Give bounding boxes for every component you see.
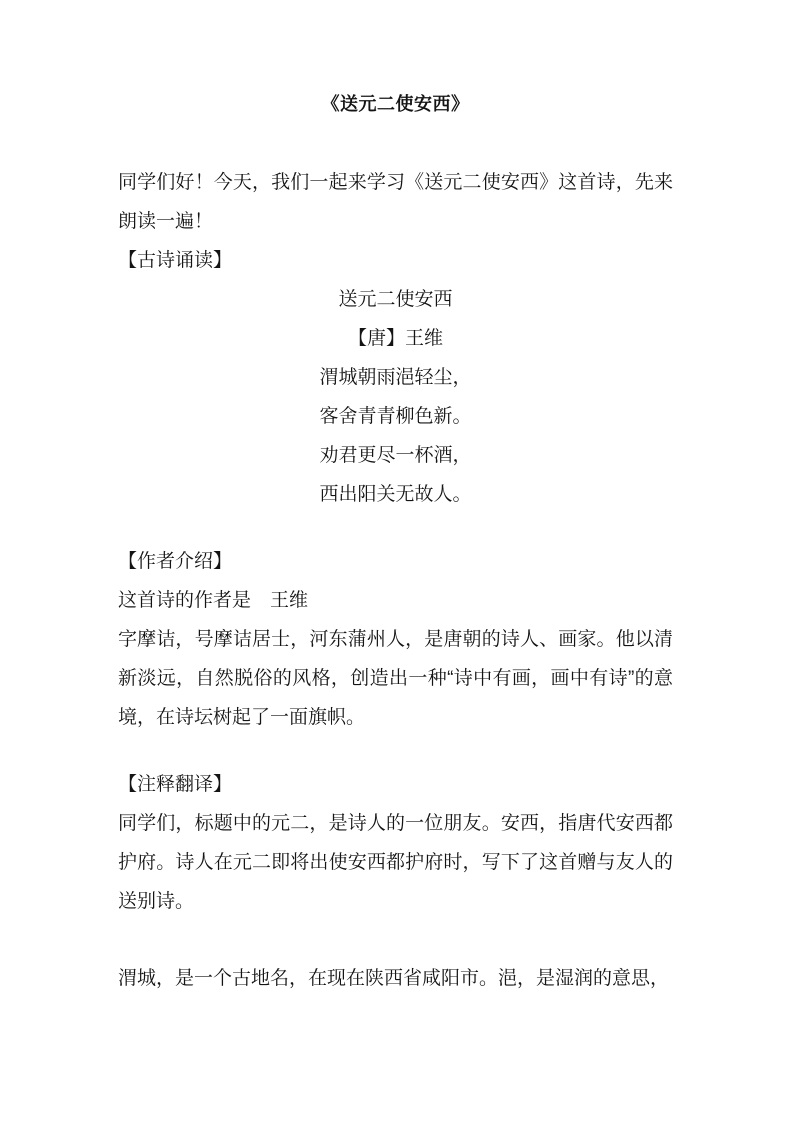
notes-paragraph-1: 同学们，标题中的元二，是诗人的一位朋友。安西，指唐代安西都护府。诗人在元二即将出… [118, 804, 673, 921]
poem-line: 西出阳关无故人。 [118, 475, 673, 514]
document-page: 《送元二使安西》 同学们好！今天，我们一起来学习《送元二使安西》这首诗，先来朗读… [0, 0, 793, 1123]
poem-title: 送元二使安西 [118, 280, 673, 319]
poem-line: 客舍青青柳色新。 [118, 397, 673, 436]
blank-line [118, 921, 673, 959]
poem-line: 渭城朝雨浥轻尘， [118, 358, 673, 397]
poem-author-line: 【唐】王维 [118, 319, 673, 358]
blank-line [118, 514, 673, 542]
doc-title: 《送元二使安西》 [118, 85, 673, 124]
poem-line: 劝君更尽一杯酒， [118, 436, 673, 475]
intro-paragraph: 同学们好！今天，我们一起来学习《送元二使安西》这首诗，先来朗读一遍！ [118, 163, 673, 241]
blank-line [118, 124, 673, 163]
section-label-notes: 【注释翻译】 [118, 765, 673, 804]
section-label-recite: 【古诗诵读】 [118, 241, 673, 280]
author-lead-line: 这首诗的作者是 王维 [118, 581, 673, 620]
author-paragraph: 字摩诘，号摩诘居士，河东蒲州人，是唐朝的诗人、画家。他以清新淡远，自然脱俗的风格… [118, 620, 673, 737]
section-label-author: 【作者介绍】 [118, 542, 673, 581]
poem-block: 送元二使安西 【唐】王维 渭城朝雨浥轻尘， 客舍青青柳色新。 劝君更尽一杯酒， … [118, 280, 673, 514]
blank-line [118, 737, 673, 765]
notes-paragraph-2: 渭城，是一个古地名，在现在陕西省咸阳市。浥，是湿润的意思， [118, 959, 673, 998]
